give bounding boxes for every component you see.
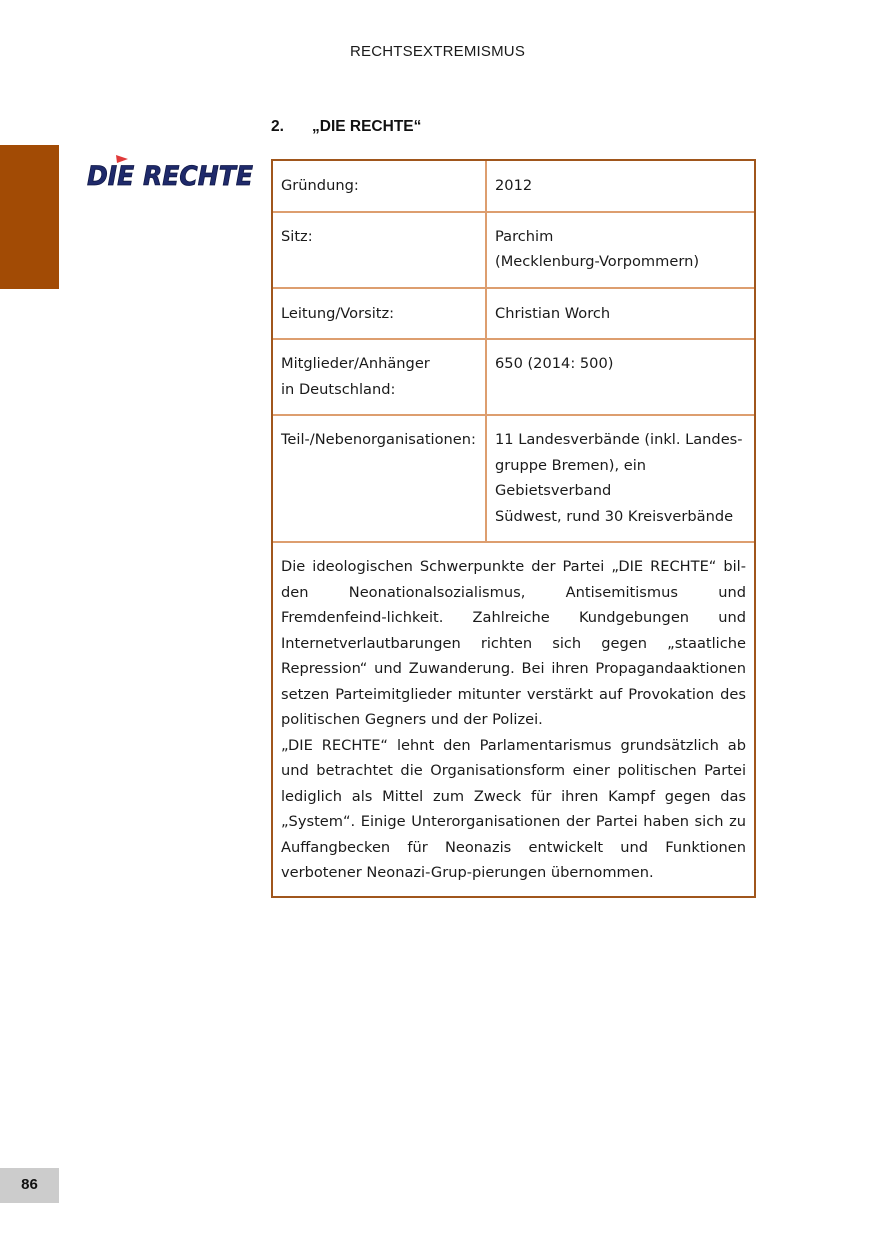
table-row: Gründung: 2012 <box>273 161 754 212</box>
page-number: 86 <box>0 1168 59 1203</box>
value-suborg-line: 11 Landesverbände (inkl. Landes- <box>495 427 746 453</box>
party-factbox: Gründung: 2012 Sitz: Parchim (Mecklenbur… <box>271 159 756 898</box>
value-seat-line: (Mecklenburg-Vorpommern) <box>495 249 746 275</box>
section-heading: 2.„DIE RECHTE“ <box>271 118 421 136</box>
party-facts-table: Gründung: 2012 Sitz: Parchim (Mecklenbur… <box>273 161 754 543</box>
label-members: Mitglieder/Anhänger in Deutschland: <box>273 339 486 415</box>
party-description: Die ideologischen Schwerpunkte der Parte… <box>273 543 754 896</box>
die-rechte-logo: DIE RECHTE <box>84 152 256 192</box>
description-paragraph: „DIE RECHTE“ lehnt den Parlamentarismus … <box>281 733 746 886</box>
table-row: Teil-/Nebenorganisationen: 11 Landesverb… <box>273 415 754 542</box>
label-founding: Gründung: <box>273 161 486 212</box>
table-row: Sitz: Parchim (Mecklenburg-Vorpommern) <box>273 212 754 288</box>
value-members: 650 (2014: 500) <box>486 339 754 415</box>
label-seat: Sitz: <box>273 212 486 288</box>
label-suborganisations: Teil-/Nebenorganisationen: <box>273 415 486 542</box>
table-row: Leitung/Vorsitz: Christian Worch <box>273 288 754 340</box>
label-members-line: in Deutschland: <box>281 377 477 403</box>
value-seat: Parchim (Mecklenburg-Vorpommern) <box>486 212 754 288</box>
value-leadership: Christian Worch <box>486 288 754 340</box>
value-seat-line: Parchim <box>495 224 746 250</box>
label-members-line: Mitglieder/Anhänger <box>281 351 477 377</box>
value-suborg-line: gruppe Bremen), ein Gebietsverband <box>495 453 746 504</box>
label-leadership: Leitung/Vorsitz: <box>273 288 486 340</box>
section-number: 2. <box>271 118 312 136</box>
value-suborganisations: 11 Landesverbände (inkl. Landes- gruppe … <box>486 415 754 542</box>
description-paragraph: Die ideologischen Schwerpunkte der Parte… <box>281 554 746 733</box>
running-header: RECHTSEXTREMISMUS <box>0 43 875 60</box>
section-title: „DIE RECHTE“ <box>312 118 421 135</box>
table-row: Mitglieder/Anhänger in Deutschland: 650 … <box>273 339 754 415</box>
value-suborg-line: Südwest, rund 30 Kreisverbände <box>495 504 746 530</box>
value-founding: 2012 <box>486 161 754 212</box>
chapter-side-tab <box>0 145 59 289</box>
logo-text: DIE RECHTE <box>87 161 254 192</box>
